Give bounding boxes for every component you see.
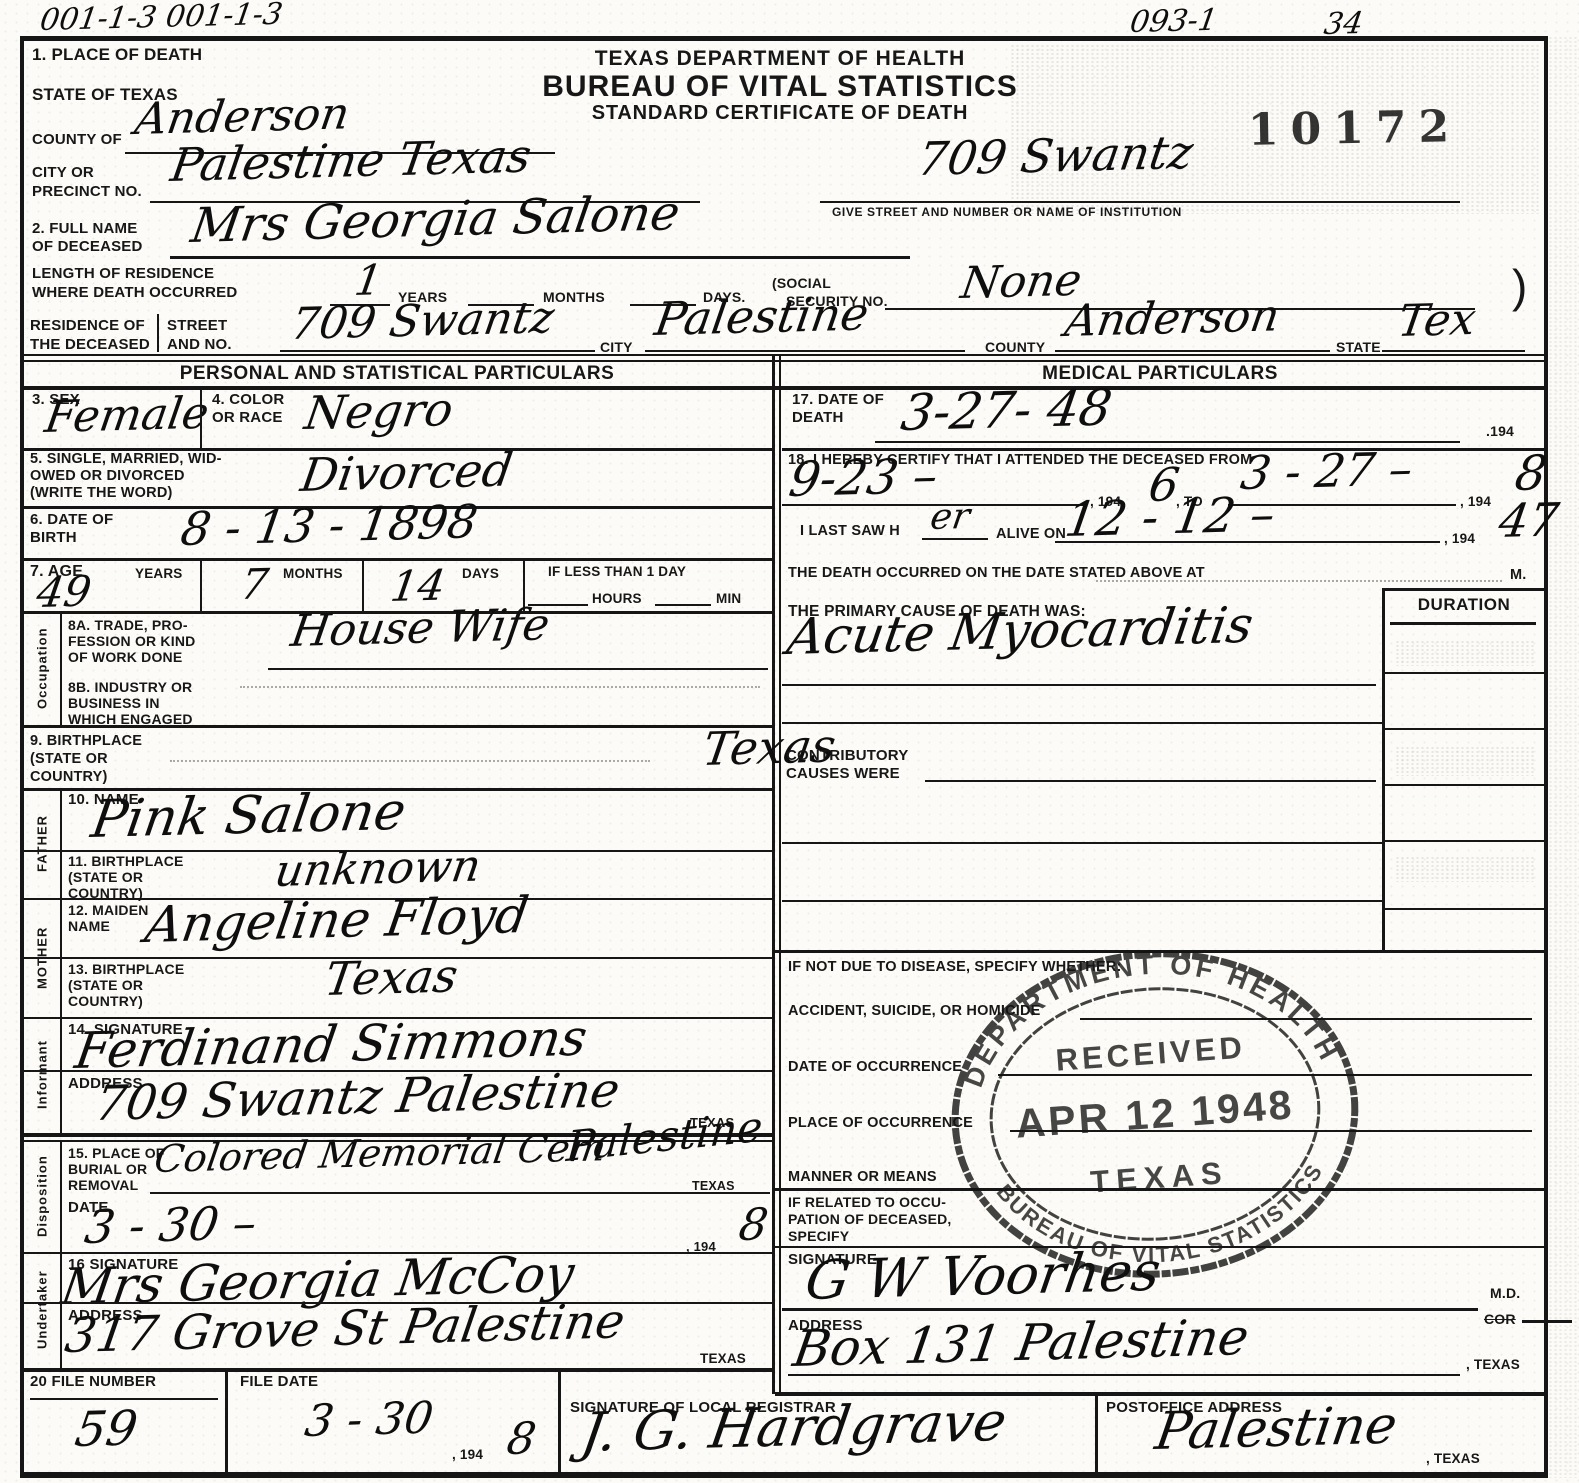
residence-county-label: COUNTY xyxy=(985,340,1045,355)
postoffice-state-label: , TEXAS xyxy=(1426,1452,1480,1466)
full-name-value: Mrs Georgia Salone xyxy=(188,189,683,250)
rule xyxy=(1382,728,1544,730)
age-years-value: 49 xyxy=(34,571,94,614)
age-months-value: 7 xyxy=(238,563,271,606)
top-left-code: 001-1-3 001-1-3 xyxy=(38,0,284,36)
rule xyxy=(20,360,1548,362)
postoffice-address-value: Palestine xyxy=(1152,1400,1400,1458)
scan-noise xyxy=(1548,36,1579,1478)
trade-label-1: 8A. TRADE, PRO- xyxy=(68,618,188,633)
rule xyxy=(1382,840,1544,842)
rule xyxy=(820,201,1460,203)
last-saw-label-1: I LAST SAW H xyxy=(800,524,900,539)
race-value: Negro xyxy=(302,386,456,436)
rule xyxy=(150,1192,770,1194)
rule xyxy=(925,780,1376,782)
file-number-label: 20 FILE NUMBER xyxy=(30,1374,156,1390)
duration-header: DURATION xyxy=(1388,596,1540,614)
city-label: CITY OR xyxy=(32,165,94,181)
residence-length-label-1: LENGTH OF RESIDENCE xyxy=(32,266,214,282)
last-saw-year-value: 47 xyxy=(1496,496,1562,544)
county-label: COUNTY OF xyxy=(32,132,122,148)
divider xyxy=(60,611,62,725)
death-date-label-2: DEATH xyxy=(792,410,844,426)
leader-dots xyxy=(1096,580,1502,582)
divider xyxy=(60,1017,62,1133)
leader-dots xyxy=(240,686,760,688)
birthplace-label-2: (STATE OR xyxy=(30,752,108,767)
street-and-no-label-1: STREET xyxy=(167,318,227,334)
maiden-name-value: Angeline Floyd xyxy=(142,890,532,950)
file-date-year-value: 8 xyxy=(504,1417,539,1462)
father-birthplace-value: unknown xyxy=(272,845,484,894)
contributory-label-2: CAUSES WERE xyxy=(786,766,900,782)
rule xyxy=(1382,672,1544,674)
min-label: MIN xyxy=(716,592,741,606)
physician-address-value: Box 131 Palestine xyxy=(790,1312,1252,1374)
trade-value: House Wife xyxy=(288,603,552,654)
death-date-year-suffix: .194 xyxy=(1486,424,1514,439)
rule xyxy=(20,354,1548,356)
scan-noise xyxy=(1395,746,1535,776)
hours-label: HOURS xyxy=(592,592,642,606)
father-birthplace-label-2: (STATE OR xyxy=(68,870,143,885)
rule xyxy=(1390,622,1536,625)
rule xyxy=(280,350,595,352)
sidebar-father: FATHER xyxy=(24,788,60,898)
rule xyxy=(782,722,1382,724)
file-number-value: 59 xyxy=(72,1404,141,1454)
attended-from-value: 9-23 – xyxy=(786,452,941,504)
residence-state-label: STATE xyxy=(1336,340,1381,355)
rule xyxy=(782,684,1376,686)
residence-county-value: Anderson xyxy=(1062,294,1282,344)
burial-label-1: 15. PLACE OF xyxy=(68,1146,165,1161)
rule xyxy=(1055,541,1440,543)
street-value: 709 Swantz xyxy=(915,129,1196,182)
residence-state-value: Tex xyxy=(1395,298,1479,344)
burial-label-2: BURIAL OR xyxy=(68,1162,147,1177)
rule xyxy=(1382,908,1544,910)
undertaker-address-value: 317 Grove St Palestine xyxy=(62,1297,628,1360)
sidebar-disposition: Disposition xyxy=(24,1140,60,1252)
burial-place-value: Colored Memorial Cem xyxy=(152,1128,609,1178)
received-stamp: DEPARTMENT OF HEALTH BUREAU OF VITAL STA… xyxy=(924,927,1387,1302)
duration-box-left xyxy=(1382,588,1385,950)
burial-label-3: REMOVAL xyxy=(68,1178,138,1193)
race-label-2: OR RACE xyxy=(212,410,283,426)
divider xyxy=(558,1368,561,1473)
rule xyxy=(922,538,988,540)
rule xyxy=(268,668,768,670)
divider xyxy=(1095,1394,1098,1473)
age-days-label: DAYS xyxy=(462,567,499,581)
burial-date-year-value: 8 xyxy=(736,1203,771,1248)
residence-city-label: CITY xyxy=(600,340,633,355)
ssn-value: None xyxy=(958,259,1084,306)
last-saw-date-value: 12 - 12 – xyxy=(1062,491,1278,544)
rule xyxy=(1055,350,1330,352)
residence-label-1: RESIDENCE OF xyxy=(30,318,145,334)
death-certificate-scan: 001-1-3 001-1-3 093-1 34 TEXAS DEPARTMEN… xyxy=(0,0,1579,1483)
rule xyxy=(782,842,1382,844)
divider xyxy=(362,558,364,611)
mother-birthplace-label-2: (STATE OR xyxy=(68,978,143,993)
marital-label-1: 5. SINGLE, MARRIED, WID- xyxy=(30,452,222,467)
duration-box-top xyxy=(1382,588,1544,591)
birth-date-label-2: BIRTH xyxy=(30,530,77,546)
city-value: Palestine Texas xyxy=(168,133,534,188)
mother-birthplace-value: Texas xyxy=(322,953,461,1002)
rule xyxy=(1382,784,1544,786)
file-date-label: FILE DATE xyxy=(240,1374,318,1390)
file-date-value: 3 - 30 xyxy=(302,1397,436,1444)
mother-birthplace-label-1: 13. BIRTHPLACE xyxy=(68,962,184,977)
marital-label-3: (WRITE THE WORD) xyxy=(30,486,173,501)
rule xyxy=(22,558,772,561)
center-divider xyxy=(779,354,781,1394)
cor-label: COR xyxy=(1484,1312,1516,1327)
father-name-value: Pink Salone xyxy=(88,786,409,846)
divider xyxy=(200,386,202,448)
sex-value: Female xyxy=(42,392,212,440)
age-years-label: YEARS xyxy=(135,567,183,581)
birthplace-label-1: 9. BIRTHPLACE xyxy=(30,734,142,749)
industry-label-1: 8B. INDUSTRY OR xyxy=(68,680,192,695)
sidebar-undertaker: Undertaker xyxy=(24,1252,60,1368)
sidebar-occupation: Occupation xyxy=(24,611,60,725)
maiden-name-label-1: 12. MAIDEN xyxy=(68,903,149,918)
form-bottom-border xyxy=(20,1472,1548,1478)
scan-noise xyxy=(1395,640,1535,666)
residence-street-value: 709 Swantz xyxy=(288,296,557,347)
full-name-label-1: 2. FULL NAME xyxy=(32,221,137,237)
marital-label-2: OWED OR DIVORCED xyxy=(30,469,185,484)
industry-label-2: BUSINESS IN xyxy=(68,696,160,711)
sidebar-informant: Informant xyxy=(24,1017,60,1133)
residence-length-label-2: WHERE DEATH OCCURRED xyxy=(32,285,237,301)
last-saw-fill-value: er xyxy=(928,499,972,536)
md-label: M.D. xyxy=(1490,1286,1520,1301)
personal-particulars-header: PERSONAL AND STATISTICAL PARTICULARS xyxy=(22,364,772,384)
file-date-year-prefix: , 194 xyxy=(452,1448,483,1462)
divider xyxy=(157,314,159,352)
top-right-code-a: 093-1 xyxy=(1128,6,1219,38)
divider xyxy=(60,788,62,898)
center-divider xyxy=(772,354,775,1394)
rule xyxy=(788,1374,1460,1376)
form-top-border xyxy=(20,36,1548,41)
rule xyxy=(30,1398,218,1400)
rule xyxy=(1522,1320,1572,1323)
street-hint-label: GIVE STREET AND NUMBER OR NAME OF INSTIT… xyxy=(832,206,1182,219)
birthplace-label-3: COUNTRY) xyxy=(30,770,108,785)
stamp-date: APR 12 1948 xyxy=(1014,1081,1296,1146)
trade-label-3: OF WORK DONE xyxy=(68,650,182,665)
full-name-label-2: OF DECEASED xyxy=(32,239,143,255)
precinct-label: PRECINCT NO. xyxy=(32,184,142,200)
street-and-no-label-2: AND NO. xyxy=(167,337,232,353)
primary-cause-value: Acute Myocarditis xyxy=(784,600,1256,662)
rule xyxy=(20,1368,775,1372)
stamp-received: RECEIVED xyxy=(1055,1030,1247,1078)
leader-dots xyxy=(170,760,650,762)
age-months-label: MONTHS xyxy=(283,567,343,581)
less-than-day-label: IF LESS THAN 1 DAY xyxy=(548,565,686,579)
trade-label-2: FESSION OR KIND xyxy=(68,634,195,649)
related-occupation-label-1: IF RELATED TO OCCU- xyxy=(788,1195,946,1210)
place-of-death-label: 1. PLACE OF DEATH xyxy=(32,46,202,64)
residence-years-value: 1 xyxy=(352,259,385,302)
death-occurred-suffix: M. xyxy=(1510,568,1527,583)
registrar-signature-value: J. G. Hardgrave xyxy=(578,1395,1010,1460)
last-saw-year-prefix: , 194 xyxy=(1444,532,1475,546)
birth-date-value: 8 - 13 - 1898 xyxy=(178,498,481,552)
mother-birthplace-label-3: COUNTRY) xyxy=(68,994,143,1009)
residence-label-2: THE DECEASED xyxy=(30,337,150,353)
related-occupation-label-2: PATION OF DECEASED, xyxy=(788,1212,952,1227)
rule xyxy=(22,725,772,728)
rule xyxy=(1382,350,1525,352)
undertaker-state-label: TEXAS xyxy=(700,1352,746,1366)
related-occupation-label-3: SPECIFY xyxy=(788,1229,849,1244)
burial-date-value: 3 - 30 – xyxy=(82,1200,260,1250)
rule xyxy=(645,350,965,352)
rule xyxy=(20,386,1548,390)
divider xyxy=(60,1140,62,1252)
maiden-name-label-2: NAME xyxy=(68,919,110,934)
contributory-label-1: CONTRIBUTORY xyxy=(786,748,908,764)
rule xyxy=(782,900,1382,902)
birth-date-label-1: 6. DATE OF xyxy=(30,512,113,528)
death-date-value: 3-27- 48 xyxy=(898,383,1115,438)
attended-to-year-prefix: , 194 xyxy=(1460,495,1491,509)
rule xyxy=(655,604,711,606)
death-date-label-1: 17. DATE OF xyxy=(792,392,884,408)
divider xyxy=(225,1368,228,1473)
race-label-1: 4. COLOR xyxy=(212,392,284,408)
residence-city-value: Palestine xyxy=(652,290,872,342)
father-birthplace-label-1: 11. BIRTHPLACE xyxy=(68,854,184,869)
rule xyxy=(170,256,910,259)
medical-particulars-header: MEDICAL PARTICULARS xyxy=(775,364,1545,384)
marital-value: Divorced xyxy=(298,447,516,498)
closing-paren: ) xyxy=(1512,262,1528,311)
manner-or-means-label: MANNER OR MEANS xyxy=(788,1170,937,1185)
physician-state-label: , TEXAS xyxy=(1466,1358,1520,1372)
informant-address-value: 709 Swantz Palestine xyxy=(92,1066,623,1128)
stamp-texas: TEXAS xyxy=(1089,1155,1229,1200)
divider xyxy=(200,558,202,611)
scan-noise xyxy=(1395,856,1535,882)
